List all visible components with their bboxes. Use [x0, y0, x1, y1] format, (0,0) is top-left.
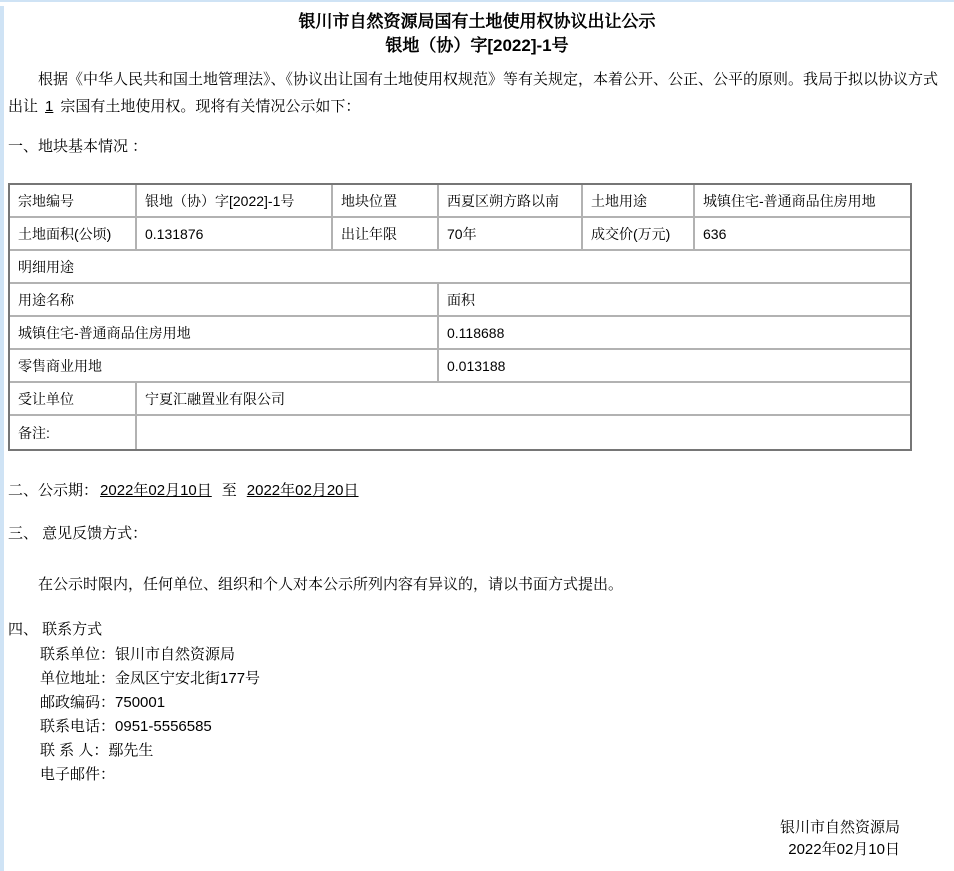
publicity-period-line: 二、公示期：2022年02月10日至2022年02月20日	[8, 481, 946, 501]
parcel-count: 1	[45, 98, 53, 115]
cell-grantee-label: 受让单位	[10, 383, 137, 416]
contact-person-label: 联 系 人：	[40, 742, 108, 759]
period-separator: 至	[222, 482, 237, 499]
cell-location-label: 地块位置	[333, 185, 439, 218]
contact-address-value: 金凤区宁安北街177号	[115, 670, 260, 687]
contact-address-label: 单位地址：	[40, 670, 115, 687]
contact-email-label: 电子邮件：	[40, 766, 115, 783]
cell-use-name-label: 用途名称	[10, 284, 439, 317]
document-number: 银地（协）字[2022]-1号	[8, 34, 946, 58]
cell-term-value: 70年	[439, 218, 583, 251]
table-row: 受让单位 宁夏汇融置业有限公司	[10, 383, 910, 416]
cell-detail-use-header: 明细用途	[10, 251, 910, 284]
cell-use1-name: 城镇住宅-普通商品住房用地	[10, 317, 439, 350]
parcel-info-table: 宗地编号 银地（协）字[2022]-1号 地块位置 西夏区朔方路以南 土地用途 …	[8, 183, 912, 451]
contact-person-value: 鄢先生	[108, 742, 153, 759]
signature-block: 银川市自然资源局 2022年02月10日	[8, 817, 946, 861]
contact-list: 联系单位：银川市自然资源局 单位地址：金凤区宁安北街177号 邮政编码：7500…	[40, 643, 946, 787]
cell-parcel-no-value: 银地（协）字[2022]-1号	[137, 185, 333, 218]
table-row: 零售商业用地 0.013188	[10, 350, 910, 383]
cell-price-label: 成交价(万元)	[583, 218, 695, 251]
cell-grantee-value: 宁夏汇融置业有限公司	[137, 383, 910, 416]
cell-use1-area: 0.118688	[439, 317, 910, 350]
contact-unit-line: 联系单位：银川市自然资源局	[40, 643, 946, 667]
cell-term-label: 出让年限	[333, 218, 439, 251]
cell-use2-name: 零售商业用地	[10, 350, 439, 383]
signature-date: 2022年02月10日	[8, 839, 900, 861]
contact-postcode-line: 邮政编码：750001	[40, 691, 946, 715]
cell-remark-value	[137, 416, 910, 449]
page-top-edge	[0, 0, 954, 2]
intro-paragraph: 根据《中华人民共和国土地管理法》、《协议出让国有土地使用权规范》等有关规定，本着…	[8, 66, 948, 120]
table-row: 土地面积(公顷) 0.131876 出让年限 70年 成交价(万元) 636	[10, 218, 910, 251]
contact-unit-label: 联系单位：	[40, 646, 115, 663]
page-title: 银川市自然资源局国有土地使用权协议出让公示	[8, 10, 946, 34]
notice-document: 银川市自然资源局国有土地使用权协议出让公示 银地（协）字[2022]-1号 根据…	[0, 0, 954, 861]
publicity-period-label: 二、公示期：	[8, 482, 98, 499]
contact-email-line: 电子邮件：	[40, 763, 946, 787]
cell-land-use-label: 土地用途	[583, 185, 695, 218]
cell-price-value: 636	[695, 218, 910, 251]
contact-unit-value: 银川市自然资源局	[115, 646, 235, 663]
cell-location-value: 西夏区朔方路以南	[439, 185, 583, 218]
section-1-heading: 一、地块基本情况 ：	[8, 138, 946, 156]
page-left-edge	[0, 6, 4, 871]
cell-area-label: 土地面积(公顷)	[10, 218, 137, 251]
intro-text-part2: 宗国有土地使用权。现将有关情况公示如下：	[60, 98, 360, 115]
cell-parcel-no-label: 宗地编号	[10, 185, 137, 218]
contact-phone-line: 联系电话：0951-5556585	[40, 715, 946, 739]
contact-phone-value: 0951-5556585	[115, 718, 212, 735]
table-row: 备注:	[10, 416, 910, 449]
cell-remark-label: 备注:	[10, 416, 137, 449]
section-4-heading: 四、 联系方式	[8, 621, 946, 639]
cell-area-value: 0.131876	[137, 218, 333, 251]
contact-postcode-label: 邮政编码：	[40, 694, 115, 711]
contact-phone-label: 联系电话：	[40, 718, 115, 735]
table-row: 宗地编号 银地（协）字[2022]-1号 地块位置 西夏区朔方路以南 土地用途 …	[10, 185, 910, 218]
table-row: 用途名称 面积	[10, 284, 910, 317]
feedback-paragraph: 在公示时限内，任何单位、组织和个人对本公示所列内容有异议的，请以书面方式提出。	[8, 575, 946, 595]
cell-use-area-label: 面积	[439, 284, 910, 317]
signature-org: 银川市自然资源局	[8, 817, 900, 839]
cell-use2-area: 0.013188	[439, 350, 910, 383]
cell-land-use-value: 城镇住宅-普通商品住房用地	[695, 185, 910, 218]
publicity-start-date: 2022年02月10日	[98, 482, 214, 499]
contact-person-line: 联 系 人：鄢先生	[40, 739, 946, 763]
table-row: 城镇住宅-普通商品住房用地 0.118688	[10, 317, 910, 350]
publicity-end-date: 2022年02月20日	[245, 482, 361, 499]
contact-postcode-value: 750001	[115, 694, 165, 711]
contact-address-line: 单位地址：金凤区宁安北街177号	[40, 667, 946, 691]
table-row: 明细用途	[10, 251, 910, 284]
section-3-heading: 三、 意见反馈方式：	[8, 525, 946, 543]
